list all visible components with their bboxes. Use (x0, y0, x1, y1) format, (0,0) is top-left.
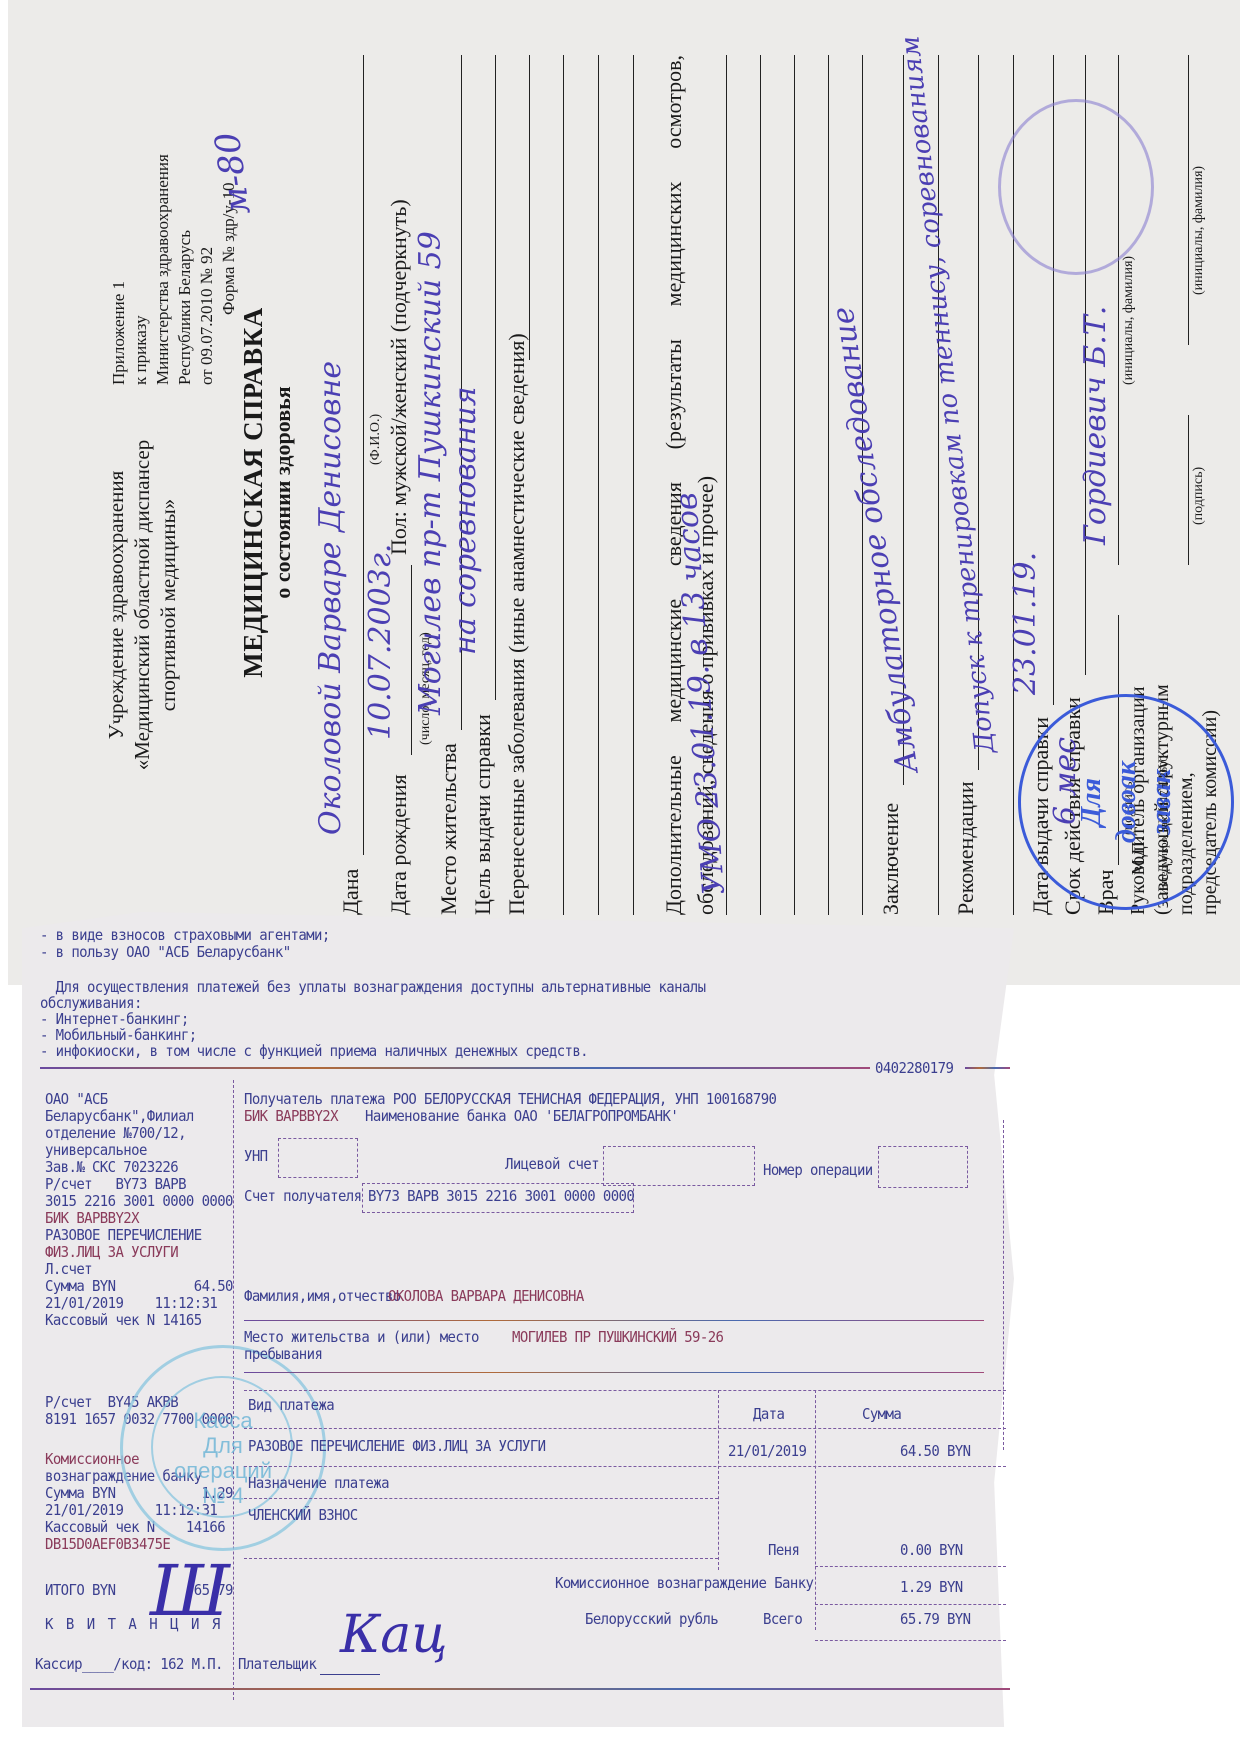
table-col-sep (718, 1390, 719, 1570)
given-value: Околовой Варваре Денисовне (313, 361, 348, 835)
left-line: Кассовый чек N 14165 (45, 1313, 202, 1331)
fio-value: ОКОЛОВА ВАРВАРА ДЕНИСОВНА (388, 1289, 584, 1307)
left-line: 3015 2216 3001 0000 0000 (45, 1194, 233, 1212)
total-value: 65.79 BYN (900, 1612, 970, 1630)
payer-signature-line (320, 1674, 380, 1675)
institution-line: Учреждение здравоохранения (103, 425, 129, 785)
doctor-name: Гордиевич Б.Т. (1078, 306, 1113, 545)
receipt-code: 0402280179 (875, 1061, 953, 1079)
mp-label: М.П. (1128, 837, 1149, 875)
bottom-divider (30, 1688, 1010, 1690)
field-line (1188, 55, 1189, 345)
penalty-value: 0.00 BYN (900, 1543, 963, 1561)
table-header-sum: Сумма (862, 1407, 901, 1425)
dob-label: Дата рождения (386, 774, 412, 915)
payment-type: РАЗОВОЕ ПЕРЕЧИСЛЕНИЕ ФИЗ.ЛИЦ ЗА УСЛУГИ (248, 1439, 546, 1457)
currency-label: Белорусский рубль (585, 1612, 718, 1630)
personal-account-field (603, 1146, 755, 1186)
payment-date: 21/01/2019 (728, 1444, 806, 1462)
divider (244, 1320, 984, 1321)
table-border (244, 1466, 1006, 1467)
personal-account-label: Лицевой счет (505, 1157, 599, 1175)
payer-signature: Кац (340, 1605, 448, 1665)
recommendations-label: Рекомендации (953, 781, 979, 915)
medical-certificate: Учреждение здравоохранения «Медицинский … (8, 0, 1240, 985)
certificate-rotated-content: Учреждение здравоохранения «Медицинский … (8, 0, 1240, 985)
left-line: универсальное (45, 1143, 147, 1161)
left-line: Р/счет BY73 BAPB (45, 1177, 186, 1195)
right-edge (1003, 1120, 1004, 1450)
unp-label: УНП (244, 1149, 268, 1167)
appendix-line: Республики Беларусь (174, 85, 196, 385)
table-header-date: Дата (753, 1407, 784, 1425)
appendix-block: Приложение 1 к приказу Министерства здра… (108, 85, 240, 385)
appendix-line: от 09.07.2010 № 92 (196, 85, 218, 385)
purpose-label: Назначение платежа (248, 1476, 389, 1494)
left-line: ФИЗ.ЛИЦ ЗА УСЛУГИ (45, 1245, 178, 1263)
institution-line: «Медицинский областной диспансер (129, 425, 155, 785)
appendix-line: Приложение 1 (108, 85, 130, 385)
field-line (726, 55, 727, 915)
cashier-label: Кассир____/код: 162 М.П. (35, 1657, 223, 1675)
initials-hint: (инициалы, фамилия) (1121, 256, 1137, 385)
left-line: Сумма BYN 64.50 (45, 1279, 233, 1297)
payer-label: Плательщик (238, 1657, 316, 1675)
residence-label: Место жительства и (или) место (244, 1330, 479, 1348)
field-line (760, 55, 761, 915)
divider (965, 1067, 1010, 1069)
sex-label: Пол: мужской/женский (подчеркнуть) (386, 199, 412, 555)
table-border (244, 1498, 718, 1499)
stamp-text: Для (1076, 697, 1108, 907)
fio-hint: (Ф.И.О.) (368, 414, 384, 465)
field-line (411, 565, 412, 755)
signature-hint: (подпись) (1191, 467, 1207, 525)
faint-stamp (998, 99, 1154, 275)
residence-value: МОГИЛЕВ ПР ПУШКИНСКИЙ 59-26 (512, 1330, 723, 1348)
left-line: Л.счет (45, 1262, 92, 1280)
total-label: Всего (763, 1612, 802, 1630)
residence-label: пребывания (244, 1347, 322, 1365)
printer-info: Интермикро, зак. 1117 т. 2600 (1158, 756, 1170, 895)
stamp-text: довоак (1111, 697, 1143, 907)
left-line: 21/01/2019 11:12:31 (45, 1296, 217, 1314)
field-line (828, 55, 829, 915)
divider (40, 1067, 870, 1069)
institution-name: Учреждение здравоохранения «Медицинский … (103, 425, 181, 785)
address-label: Место жительства (436, 743, 462, 915)
left-line: БИК BAPBBY2X (45, 1211, 139, 1229)
divider (244, 1372, 984, 1373)
left-line: ОАО "АСБ (45, 1092, 108, 1110)
table-border (815, 1604, 1006, 1605)
field-line (794, 55, 795, 915)
round-stamp: Для довоак завак (1018, 694, 1234, 910)
appendix-line: Министерства здравоохранения (152, 85, 174, 385)
conclusion-value: Амбулаторное обследование (825, 304, 925, 775)
table-border (244, 1428, 1006, 1429)
left-line: РАЗОВОЕ ПЕРЕЧИСЛЕНИЕ (45, 1228, 202, 1246)
field-line (598, 55, 599, 915)
conclusion-label: Заключение (878, 803, 904, 915)
unp-field (278, 1138, 358, 1178)
intro-line: - инфокиоски, в том числе с функцией при… (40, 1044, 588, 1062)
left-line: Беларусбанк",Филиал (45, 1109, 194, 1127)
penalty-label: Пеня (768, 1543, 799, 1561)
left-line: Зав.№ СКС 7023226 (45, 1160, 178, 1178)
commission-value: 1.29 BYN (900, 1580, 963, 1598)
receipt-top-line: - в пользу ОАО "АСБ Беларусбанк" (40, 945, 291, 963)
receipt-top-line: - в виде взносов страховыми агентами; (40, 928, 330, 946)
purpose-label: Цель выдачи справки (470, 714, 496, 915)
table-border (815, 1566, 1006, 1567)
appendix-line: к приказу (130, 85, 152, 385)
purpose-value: на соревнования (448, 386, 483, 655)
address-value: Могилев пр-т Пушкинский 59 (413, 231, 448, 715)
table-col-sep (815, 1390, 816, 1630)
operation-number-label: Номер операции (763, 1163, 873, 1181)
field-line (495, 55, 496, 700)
field-line (633, 55, 634, 915)
certificate-subtitle: о состоянии здоровья (270, 0, 296, 985)
bank-name: Наименование банка ОАО 'БЕЛАГРОПРОМБАНК' (365, 1109, 678, 1127)
cashier-signature: Ш (150, 1550, 230, 1632)
issue-date-value: 23.01.19. (1008, 552, 1043, 695)
institution-line: спортивной медицины» (155, 425, 181, 785)
fio-label: Фамилия,имя,отчество (244, 1289, 401, 1307)
recommendations-value: Допуск к тренировкам по теннису, соревно… (895, 35, 1000, 755)
payment-sum: 64.50 BYN (900, 1444, 970, 1462)
recipient-account: BY73 BAPB 3015 2216 3001 0000 0000 (368, 1189, 634, 1207)
field-line (529, 55, 530, 360)
table-border (244, 1390, 1006, 1391)
dob-value: 10.07.2003г. (363, 544, 398, 740)
bik: БИК BAPBBY2X (244, 1109, 338, 1127)
given-label: Дана (338, 869, 364, 915)
recipient: Получатель платежа РОО БЕЛОРУССКАЯ ТЕНИС… (244, 1092, 776, 1110)
table-border (815, 1640, 1006, 1641)
table-header-type: Вид платежа (248, 1398, 334, 1416)
purpose-value: ЧЛЕНСКИЙ ВЗНОС (248, 1508, 358, 1526)
table-border (244, 1558, 718, 1559)
recipient-account-label: Счет получателя (244, 1189, 361, 1207)
field-line (563, 55, 564, 915)
left-line: отделение №700/12, (45, 1126, 186, 1144)
commission-label: Комиссионное вознаграждение Банку (555, 1576, 813, 1594)
field-line (1188, 415, 1189, 565)
past-diseases-label: Перенесенные заболевания (иные анамнести… (504, 333, 530, 915)
operation-number-field (878, 1146, 968, 1188)
initials-hint: (инициалы, фамилия) (1191, 166, 1207, 295)
